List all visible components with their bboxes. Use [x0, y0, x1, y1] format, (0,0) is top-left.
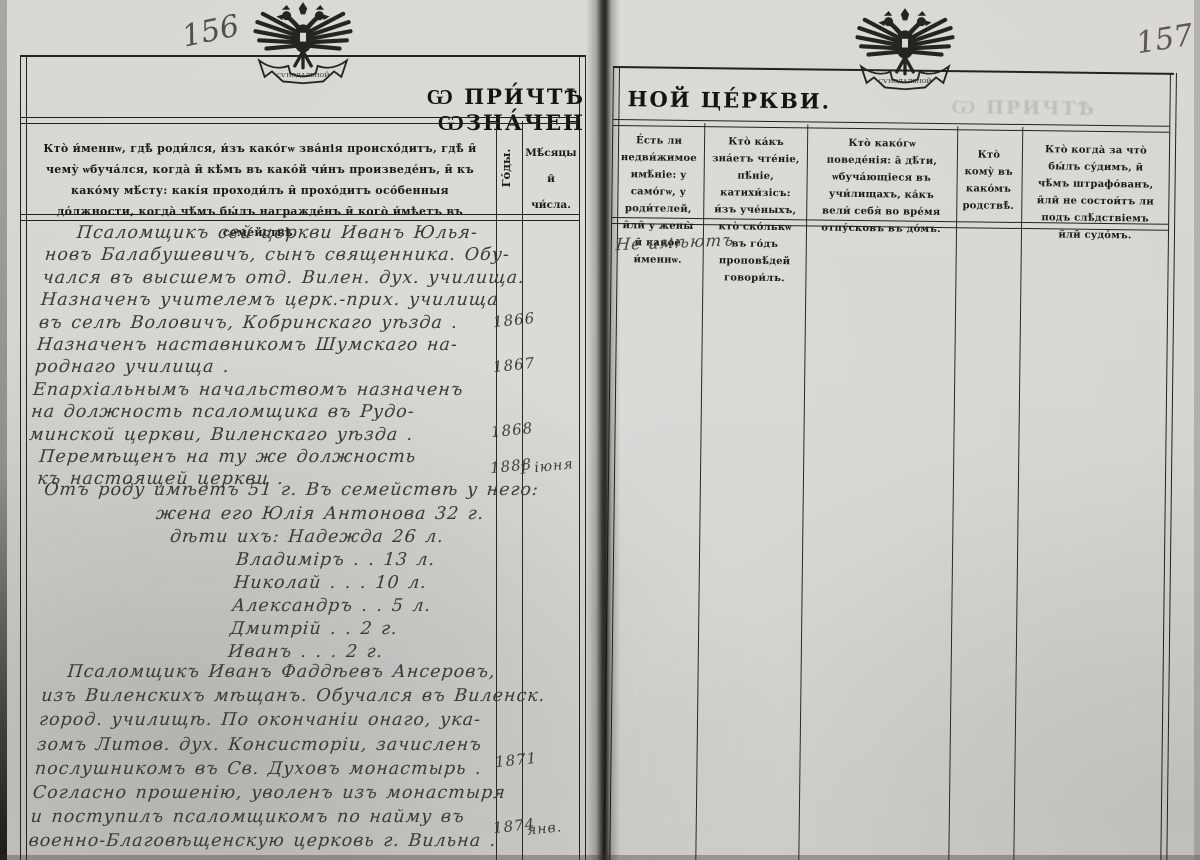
register-title-right-fragment: НОЙ ЦЕ́РКВИ.: [627, 86, 867, 114]
photo-edge-left: [0, 0, 7, 860]
kinship-column-header: Кто̀ кому̀ въ како́мъ родствѣ̀.: [960, 146, 1017, 215]
reading-singing-column-header: Кто̀ ка́къ зна́етъ чте́ніе, пѣ́ніе, кати…: [709, 133, 801, 287]
title-bleedthrough-ghost: Ѡ ПРИЧТѢ: [951, 96, 1171, 122]
photo-edge-bottom: [0, 855, 1200, 860]
scanned-register-spread: 156 157: [0, 0, 1200, 860]
photo-edge-right: [1194, 0, 1200, 860]
book-gutter: [586, 0, 620, 860]
right-table-right-border: [1160, 73, 1177, 860]
right-column-divider-4: [1013, 127, 1023, 860]
right-title-rule: [613, 119, 1169, 133]
right-column-divider-3: [948, 126, 958, 860]
right-table-top-border: [614, 66, 1174, 75]
